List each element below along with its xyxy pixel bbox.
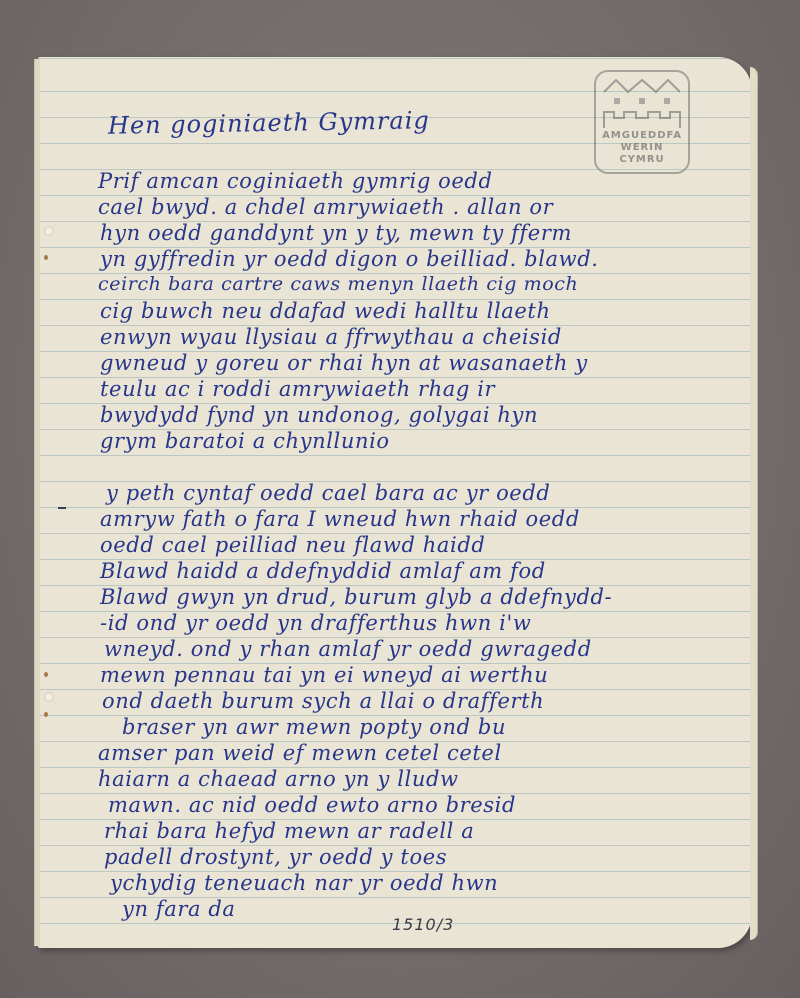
binding-hole — [44, 692, 54, 702]
text-line: gwneud y goreu or rhai hyn at wasanaeth … — [100, 351, 588, 375]
stamp-text-line: WERIN — [596, 142, 688, 154]
stamp-text-line: CYMRU — [596, 154, 688, 166]
text-line: amser pan weid ef mewn cetel cetel — [98, 741, 502, 765]
rust-mark — [44, 712, 48, 717]
text-line: Blawd gwyn yn drud, burum glyb a ddefnyd… — [100, 585, 612, 609]
stamp-text-line: AMGUEDDFA — [596, 130, 688, 142]
text-line: enwyn wyau llysiau a ffrwythau a cheisid — [100, 325, 562, 349]
text-line: padell drostynt, yr oedd y toes — [104, 845, 447, 869]
notebook-page: AMGUEDDFA WERIN CYMRU Hen goginiaeth Gym… — [38, 57, 752, 948]
text-line: Blawd haidd a ddefnyddid amlaf am fod — [100, 559, 546, 583]
text-line: mewn pennau tai yn ei wneyd ai werthu — [100, 663, 548, 687]
catalog-number: 1510/3 — [392, 915, 454, 934]
text-line: grym baratoi a chynllunio — [100, 429, 390, 453]
text-line: oedd cael peilliad neu flawd haidd — [100, 533, 485, 557]
text-line: rhai bara hefyd mewn ar radell a — [104, 819, 474, 843]
rust-mark — [44, 255, 48, 260]
text-line: cig buwch neu ddafad wedi halltu llaeth — [100, 299, 551, 323]
text-line: ond daeth burum sych a llai o drafferth — [102, 689, 544, 713]
text-line: Prif amcan coginiaeth gymrig oedd — [98, 169, 493, 193]
text-line: amryw fath o fara I wneud hwn rhaid oedd — [100, 507, 580, 531]
text-line: yn gyffredin yr oedd digon o beilliad. b… — [100, 247, 599, 271]
text-line: ychydig teneuach nar yr oedd hwn — [110, 871, 498, 895]
text-line: mawn. ac nid oedd ewto arno bresid — [108, 793, 516, 817]
text-line: cael bwyd. a chdel amrywiaeth . allan or — [98, 195, 553, 219]
castle-building-icon — [602, 78, 682, 130]
text-line: teulu ac i roddi amrywiaeth rhag ir — [100, 377, 495, 401]
museum-stamp: AMGUEDDFA WERIN CYMRU — [594, 70, 690, 174]
document-title: Hen goginiaeth Gymraig — [108, 106, 430, 140]
rust-mark — [44, 672, 48, 677]
text-line: ceirch bara cartre caws menyn llaeth cig… — [98, 273, 578, 295]
text-line: wneyd. ond y rhan amlaf yr oedd gwragedd — [104, 637, 592, 661]
text-line: yn fara da — [122, 897, 236, 921]
text-line: -id ond yr oedd yn drafferthus hwn i'w — [100, 611, 531, 635]
text-line: braser yn awr mewn popty ond bu — [122, 715, 506, 739]
text-line: haiarn a chaead arno yn y lludw — [98, 767, 459, 791]
text-line: bwydydd fynd yn undonog, golygai hyn — [100, 403, 538, 427]
text-line: hyn oedd ganddynt yn y ty, mewn ty fferm — [100, 221, 572, 245]
margin-mark — [58, 507, 66, 509]
binding-hole — [44, 226, 54, 236]
text-line: y peth cyntaf oedd cael bara ac yr oedd — [106, 481, 550, 505]
